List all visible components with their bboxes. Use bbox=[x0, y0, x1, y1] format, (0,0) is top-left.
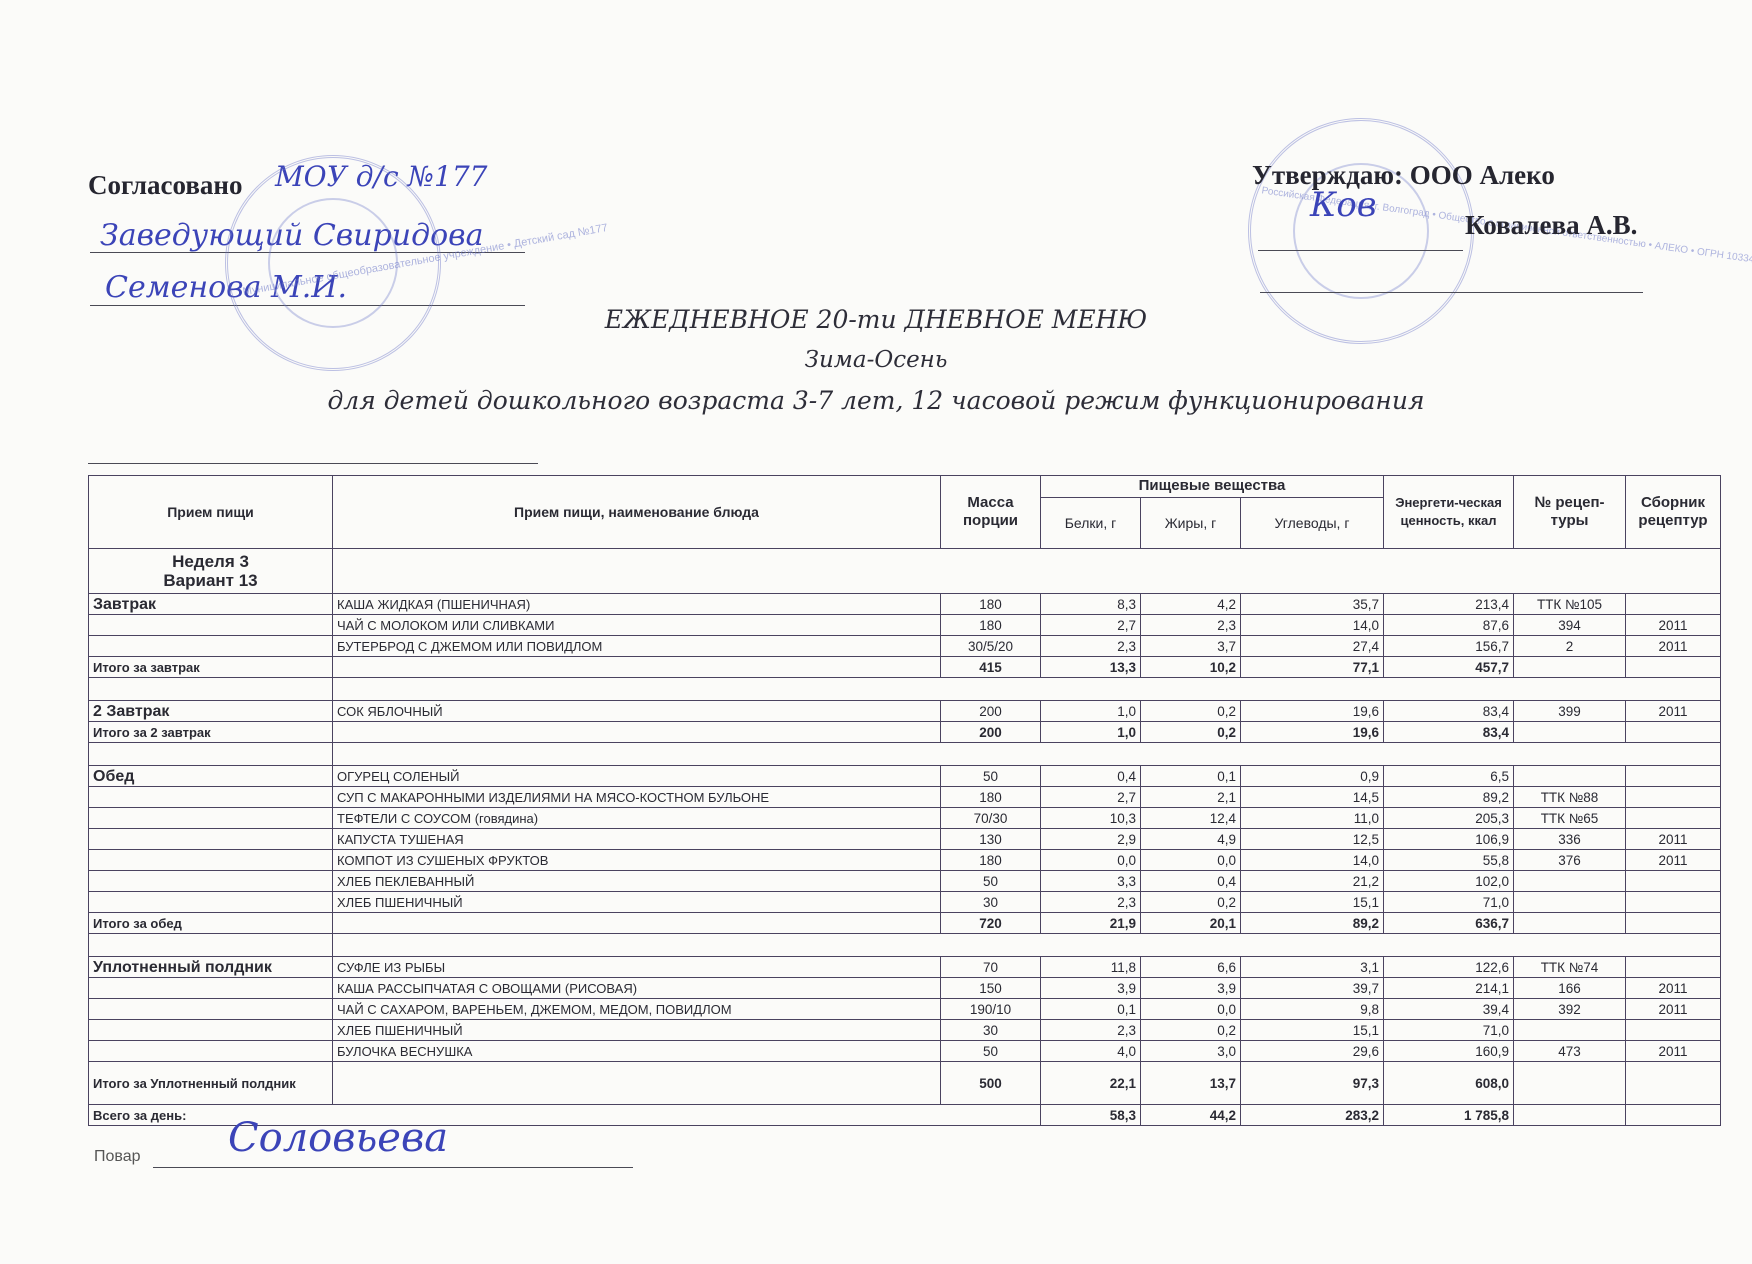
subtotal-row-breakfast: Итого за завтрак41513,310,277,1457,7 bbox=[89, 657, 1721, 678]
subtotal-label: Итого за обед bbox=[89, 913, 333, 934]
spacer-cell bbox=[333, 743, 1721, 766]
subtotal-recipe-cell bbox=[1514, 722, 1626, 743]
col-header-mass: Масса порции bbox=[941, 476, 1041, 549]
subtotal-fat: 0,2 bbox=[1141, 722, 1241, 743]
dish-name: ТЕФТЕЛИ С СОУСОМ (говядина) bbox=[333, 808, 941, 829]
spacer-cell bbox=[89, 678, 333, 701]
protein-value: 4,0 bbox=[1041, 1041, 1141, 1062]
col-header-carbs: Углеводы, г bbox=[1241, 497, 1384, 548]
table-row: КАПУСТА ТУШЕНАЯ1302,94,912,5106,93362011 bbox=[89, 829, 1721, 850]
dish-name: ОГУРЕЦ СОЛЕНЫЙ bbox=[333, 766, 941, 787]
dish-name: БУТЕРБРОД С ДЖЕМОМ ИЛИ ПОВИДЛОМ bbox=[333, 636, 941, 657]
protein-value: 3,3 bbox=[1041, 871, 1141, 892]
fat-value: 0,2 bbox=[1141, 701, 1241, 722]
portion-mass: 180 bbox=[941, 787, 1041, 808]
col-header-dish: Прием пищи, наименование блюда bbox=[333, 476, 941, 549]
dish-name: КАПУСТА ТУШЕНАЯ bbox=[333, 829, 941, 850]
carbs-value: 27,4 bbox=[1241, 636, 1384, 657]
spacer-cell bbox=[333, 934, 1721, 957]
day-total-energy: 1 785,8 bbox=[1384, 1105, 1514, 1126]
meal-label-breakfast: Завтрак bbox=[89, 594, 333, 615]
table-row: ТЕФТЕЛИ С СОУСОМ (говядина)70/3010,312,4… bbox=[89, 808, 1721, 829]
portion-mass: 180 bbox=[941, 615, 1041, 636]
meal-cell bbox=[89, 999, 333, 1020]
dish-name: ХЛЕБ ПШЕНИЧНЫЙ bbox=[333, 1020, 941, 1041]
col-header-protein: Белки, г bbox=[1041, 497, 1141, 548]
fat-value: 0,2 bbox=[1141, 1020, 1241, 1041]
recipe-collection: 2011 bbox=[1626, 850, 1721, 871]
subtotal-protein: 22,1 bbox=[1041, 1062, 1141, 1105]
carbs-value: 0,9 bbox=[1241, 766, 1384, 787]
recipe-collection bbox=[1626, 957, 1721, 978]
dish-name: СУФЛЕ ИЗ РЫБЫ bbox=[333, 957, 941, 978]
recipe-number: 2 bbox=[1514, 636, 1626, 657]
table-row: ЧАЙ С МОЛОКОМ ИЛИ СЛИВКАМИ1802,72,314,08… bbox=[89, 615, 1721, 636]
recipe-number: ТТК №105 bbox=[1514, 594, 1626, 615]
recipe-collection: 2011 bbox=[1626, 636, 1721, 657]
energy-value: 6,5 bbox=[1384, 766, 1514, 787]
meal-label-second-breakfast: 2 Завтрак bbox=[89, 701, 333, 722]
dish-name: БУЛОЧКА ВЕСНУШКА bbox=[333, 1041, 941, 1062]
recipe-collection: 2011 bbox=[1626, 829, 1721, 850]
subtotal-label: Итого за 2 завтрак bbox=[89, 722, 333, 743]
fat-value: 2,1 bbox=[1141, 787, 1241, 808]
fat-value: 0,4 bbox=[1141, 871, 1241, 892]
subtotal-collection-cell bbox=[1626, 722, 1721, 743]
meal-cell bbox=[89, 829, 333, 850]
subtotal-protein: 1,0 bbox=[1041, 722, 1141, 743]
table-row: ОбедОГУРЕЦ СОЛЕНЫЙ500,40,10,96,5 bbox=[89, 766, 1721, 787]
subtotal-mass: 200 bbox=[941, 722, 1041, 743]
subtotal-dish-cell bbox=[333, 657, 941, 678]
energy-value: 156,7 bbox=[1384, 636, 1514, 657]
subtotal-fat: 20,1 bbox=[1141, 913, 1241, 934]
recipe-collection bbox=[1626, 1020, 1721, 1041]
meal-cell bbox=[89, 892, 333, 913]
table-row: ЧАЙ С САХАРОМ, ВАРЕНЬЕМ, ДЖЕМОМ, МЕДОМ, … bbox=[89, 999, 1721, 1020]
subtotal-energy: 457,7 bbox=[1384, 657, 1514, 678]
subtotal-carbs: 77,1 bbox=[1241, 657, 1384, 678]
dish-name: ХЛЕБ ПЕКЛЕВАННЫЙ bbox=[333, 871, 941, 892]
document-season: Зима-Осень bbox=[0, 347, 1752, 373]
subtotal-mass: 720 bbox=[941, 913, 1041, 934]
protein-value: 2,9 bbox=[1041, 829, 1141, 850]
subtotal-mass: 500 bbox=[941, 1062, 1041, 1105]
portion-mass: 180 bbox=[941, 850, 1041, 871]
meal-cell bbox=[89, 636, 333, 657]
energy-value: 55,8 bbox=[1384, 850, 1514, 871]
portion-mass: 190/10 bbox=[941, 999, 1041, 1020]
spacer-cell bbox=[333, 678, 1721, 701]
portion-mass: 30/5/20 bbox=[941, 636, 1041, 657]
recipe-number bbox=[1514, 1020, 1626, 1041]
subtotal-protein: 21,9 bbox=[1041, 913, 1141, 934]
energy-value: 83,4 bbox=[1384, 701, 1514, 722]
carbs-value: 21,2 bbox=[1241, 871, 1384, 892]
recipe-number: 473 bbox=[1514, 1041, 1626, 1062]
recipe-collection: 2011 bbox=[1626, 701, 1721, 722]
fat-value: 2,3 bbox=[1141, 615, 1241, 636]
spacer-row bbox=[89, 934, 1721, 957]
table-row: БУТЕРБРОД С ДЖЕМОМ ИЛИ ПОВИДЛОМ30/5/202,… bbox=[89, 636, 1721, 657]
dish-name: КАША ЖИДКАЯ (ПШЕНИЧНАЯ) bbox=[333, 594, 941, 615]
fat-value: 6,6 bbox=[1141, 957, 1241, 978]
subtotal-recipe-cell bbox=[1514, 1062, 1626, 1105]
subtotal-fat: 13,7 bbox=[1141, 1062, 1241, 1105]
handwritten-signature-right: Ков bbox=[1310, 185, 1377, 225]
document-title: ЕЖЕДНЕВНОЕ 20-ти ДНЕВНОЕ МЕНЮ bbox=[0, 305, 1752, 334]
spacer-row bbox=[89, 743, 1721, 766]
protein-value: 8,3 bbox=[1041, 594, 1141, 615]
energy-value: 205,3 bbox=[1384, 808, 1514, 829]
approver-name: Ковалева А.В. bbox=[1465, 210, 1637, 241]
subtotal-collection-cell bbox=[1626, 1062, 1721, 1105]
meal-cell bbox=[89, 787, 333, 808]
fat-value: 0,2 bbox=[1141, 892, 1241, 913]
portion-mass: 150 bbox=[941, 978, 1041, 999]
recipe-collection bbox=[1626, 892, 1721, 913]
energy-value: 71,0 bbox=[1384, 1020, 1514, 1041]
fat-value: 0,1 bbox=[1141, 766, 1241, 787]
portion-mass: 50 bbox=[941, 1041, 1041, 1062]
subtotal-energy: 608,0 bbox=[1384, 1062, 1514, 1105]
fat-value: 12,4 bbox=[1141, 808, 1241, 829]
table-row: КОМПОТ ИЗ СУШЕНЫХ ФРУКТОВ1800,00,014,055… bbox=[89, 850, 1721, 871]
day-total-recipe-cell bbox=[1514, 1105, 1626, 1126]
carbs-value: 14,0 bbox=[1241, 850, 1384, 871]
subtotal-recipe-cell bbox=[1514, 913, 1626, 934]
col-header-nutrients: Пищевые вещества bbox=[1041, 476, 1384, 498]
subtotal-row-second-breakfast: Итого за 2 завтрак2001,00,219,683,4 bbox=[89, 722, 1721, 743]
table-row: 2 ЗавтракСОК ЯБЛОЧНЫЙ2001,00,219,683,439… bbox=[89, 701, 1721, 722]
recipe-number: ТТК №74 bbox=[1514, 957, 1626, 978]
recipe-collection: 2011 bbox=[1626, 1041, 1721, 1062]
recipe-number: 394 bbox=[1514, 615, 1626, 636]
week-variant-cell: Неделя 3 Вариант 13 bbox=[89, 549, 333, 594]
carbs-value: 14,0 bbox=[1241, 615, 1384, 636]
table-row: БУЛОЧКА ВЕСНУШКА504,03,029,6160,94732011 bbox=[89, 1041, 1721, 1062]
protein-value: 2,3 bbox=[1041, 636, 1141, 657]
subtotal-row-snack: Итого за Уплотненный полдник50022,113,79… bbox=[89, 1062, 1721, 1105]
fat-value: 4,9 bbox=[1141, 829, 1241, 850]
protein-value: 0,4 bbox=[1041, 766, 1141, 787]
protein-value: 3,9 bbox=[1041, 978, 1141, 999]
portion-mass: 200 bbox=[941, 701, 1041, 722]
carbs-value: 19,6 bbox=[1241, 701, 1384, 722]
recipe-number: ТТК №65 bbox=[1514, 808, 1626, 829]
signature-line bbox=[1258, 250, 1463, 251]
recipe-collection bbox=[1626, 808, 1721, 829]
header-rule bbox=[88, 463, 538, 464]
carbs-value: 12,5 bbox=[1241, 829, 1384, 850]
spacer-cell bbox=[89, 934, 333, 957]
energy-value: 102,0 bbox=[1384, 871, 1514, 892]
energy-value: 87,6 bbox=[1384, 615, 1514, 636]
protein-value: 11,8 bbox=[1041, 957, 1141, 978]
carbs-value: 3,1 bbox=[1241, 957, 1384, 978]
portion-mass: 30 bbox=[941, 892, 1041, 913]
protein-value: 2,3 bbox=[1041, 892, 1141, 913]
meal-cell bbox=[89, 808, 333, 829]
table-row: ХЛЕБ ПШЕНИЧНЫЙ302,30,215,171,0 bbox=[89, 1020, 1721, 1041]
recipe-collection bbox=[1626, 594, 1721, 615]
table-row: КАША РАССЫПЧАТАЯ С ОВОЩАМИ (РИСОВАЯ)1503… bbox=[89, 978, 1721, 999]
portion-mass: 70 bbox=[941, 957, 1041, 978]
variant-label: Вариант 13 bbox=[93, 571, 328, 590]
portion-mass: 50 bbox=[941, 766, 1041, 787]
protein-value: 0,0 bbox=[1041, 850, 1141, 871]
dish-name: СОК ЯБЛОЧНЫЙ bbox=[333, 701, 941, 722]
meal-cell bbox=[89, 1020, 333, 1041]
table-row: ХЛЕБ ПЕКЛЕВАННЫЙ503,30,421,2102,0 bbox=[89, 871, 1721, 892]
subtotal-label: Итого за Уплотненный полдник bbox=[89, 1062, 333, 1105]
dish-name: ЧАЙ С МОЛОКОМ ИЛИ СЛИВКАМИ bbox=[333, 615, 941, 636]
recipe-collection: 2011 bbox=[1626, 978, 1721, 999]
subtotal-label: Итого за завтрак bbox=[89, 657, 333, 678]
protein-value: 0,1 bbox=[1041, 999, 1141, 1020]
portion-mass: 130 bbox=[941, 829, 1041, 850]
meal-cell bbox=[89, 978, 333, 999]
subtotal-collection-cell bbox=[1626, 913, 1721, 934]
recipe-collection bbox=[1626, 766, 1721, 787]
table-row: ХЛЕБ ПШЕНИЧНЫЙ302,30,215,171,0 bbox=[89, 892, 1721, 913]
col-header-recipe: № рецеп-туры bbox=[1514, 476, 1626, 549]
fat-value: 3,0 bbox=[1141, 1041, 1241, 1062]
col-header-fat: Жиры, г bbox=[1141, 497, 1241, 548]
carbs-value: 39,7 bbox=[1241, 978, 1384, 999]
fat-value: 4,2 bbox=[1141, 594, 1241, 615]
protein-value: 2,7 bbox=[1041, 615, 1141, 636]
protein-value: 2,3 bbox=[1041, 1020, 1141, 1041]
meal-cell bbox=[89, 850, 333, 871]
meal-cell bbox=[89, 615, 333, 636]
recipe-number: 336 bbox=[1514, 829, 1626, 850]
menu-table: Прием пищи Прием пищи, наименование блюд… bbox=[88, 475, 1721, 1126]
dish-name: ХЛЕБ ПШЕНИЧНЫЙ bbox=[333, 892, 941, 913]
portion-mass: 70/30 bbox=[941, 808, 1041, 829]
day-total-fat: 44,2 bbox=[1141, 1105, 1241, 1126]
day-total-collection-cell bbox=[1626, 1105, 1721, 1126]
portion-mass: 50 bbox=[941, 871, 1041, 892]
portion-mass: 30 bbox=[941, 1020, 1041, 1041]
document-subtitle: для детей дошкольного возраста 3-7 лет, … bbox=[0, 386, 1752, 415]
recipe-number: 166 bbox=[1514, 978, 1626, 999]
recipe-number bbox=[1514, 871, 1626, 892]
energy-value: 39,4 bbox=[1384, 999, 1514, 1020]
energy-value: 71,0 bbox=[1384, 892, 1514, 913]
protein-value: 2,7 bbox=[1041, 787, 1141, 808]
subtotal-fat: 10,2 bbox=[1141, 657, 1241, 678]
meal-cell bbox=[89, 871, 333, 892]
carbs-value: 15,1 bbox=[1241, 892, 1384, 913]
subtotal-carbs: 97,3 bbox=[1241, 1062, 1384, 1105]
week-label: Неделя 3 bbox=[93, 552, 328, 571]
spacer-cell bbox=[89, 743, 333, 766]
subtotal-dish-cell bbox=[333, 913, 941, 934]
carbs-value: 15,1 bbox=[1241, 1020, 1384, 1041]
dish-name: СУП С МАКАРОННЫМИ ИЗДЕЛИЯМИ НА МЯСО-КОСТ… bbox=[333, 787, 941, 808]
approve-label: Утверждаю: ООО Алеко bbox=[1252, 160, 1555, 191]
dish-name: ЧАЙ С САХАРОМ, ВАРЕНЬЕМ, ДЖЕМОМ, МЕДОМ, … bbox=[333, 999, 941, 1020]
day-total-carbs: 283,2 bbox=[1241, 1105, 1384, 1126]
fat-value: 3,7 bbox=[1141, 636, 1241, 657]
recipe-number: 376 bbox=[1514, 850, 1626, 871]
day-total-protein: 58,3 bbox=[1041, 1105, 1141, 1126]
table-row: СУП С МАКАРОННЫМИ ИЗДЕЛИЯМИ НА МЯСО-КОСТ… bbox=[89, 787, 1721, 808]
protein-value: 10,3 bbox=[1041, 808, 1141, 829]
carbs-value: 9,8 bbox=[1241, 999, 1384, 1020]
cook-signature-line bbox=[153, 1167, 633, 1168]
approved-by-label: Согласовано bbox=[88, 170, 243, 201]
table-row: ЗавтракКАША ЖИДКАЯ (ПШЕНИЧНАЯ)1808,34,23… bbox=[89, 594, 1721, 615]
spacer-row bbox=[89, 678, 1721, 701]
recipe-collection bbox=[1626, 787, 1721, 808]
recipe-number: ТТК №88 bbox=[1514, 787, 1626, 808]
subtotal-collection-cell bbox=[1626, 657, 1721, 678]
carbs-value: 35,7 bbox=[1241, 594, 1384, 615]
energy-value: 160,9 bbox=[1384, 1041, 1514, 1062]
recipe-number: 399 bbox=[1514, 701, 1626, 722]
subtotal-recipe-cell bbox=[1514, 657, 1626, 678]
recipe-collection: 2011 bbox=[1626, 615, 1721, 636]
dish-name: КАША РАССЫПЧАТАЯ С ОВОЩАМИ (РИСОВАЯ) bbox=[333, 978, 941, 999]
carbs-value: 29,6 bbox=[1241, 1041, 1384, 1062]
cook-signature: Соловьева bbox=[228, 1115, 448, 1161]
portion-mass: 180 bbox=[941, 594, 1041, 615]
subtotal-row-lunch: Итого за обед72021,920,189,2636,7 bbox=[89, 913, 1721, 934]
energy-value: 122,6 bbox=[1384, 957, 1514, 978]
subtotal-energy: 83,4 bbox=[1384, 722, 1514, 743]
subtotal-mass: 415 bbox=[941, 657, 1041, 678]
fat-value: 3,9 bbox=[1141, 978, 1241, 999]
meal-cell bbox=[89, 1041, 333, 1062]
recipe-collection bbox=[1626, 871, 1721, 892]
subtotal-carbs: 89,2 bbox=[1241, 913, 1384, 934]
fat-value: 0,0 bbox=[1141, 850, 1241, 871]
recipe-number bbox=[1514, 892, 1626, 913]
energy-value: 106,9 bbox=[1384, 829, 1514, 850]
subtotal-dish-cell bbox=[333, 1062, 941, 1105]
subtotal-protein: 13,3 bbox=[1041, 657, 1141, 678]
col-header-energy: Энергети-ческая ценность, ккал bbox=[1384, 476, 1514, 549]
col-header-meal: Прием пищи bbox=[89, 476, 333, 549]
carbs-value: 11,0 bbox=[1241, 808, 1384, 829]
subtotal-dish-cell bbox=[333, 722, 941, 743]
meal-label-lunch: Обед bbox=[89, 766, 333, 787]
fat-value: 0,0 bbox=[1141, 999, 1241, 1020]
protein-value: 1,0 bbox=[1041, 701, 1141, 722]
recipe-number bbox=[1514, 766, 1626, 787]
meal-label-snack: Уплотненный полдник bbox=[89, 957, 333, 978]
subtotal-carbs: 19,6 bbox=[1241, 722, 1384, 743]
recipe-number: 392 bbox=[1514, 999, 1626, 1020]
cook-label: Повар bbox=[94, 1148, 141, 1166]
left-stamp: Муниципальное общеобразовательное учрежд… bbox=[225, 155, 441, 371]
energy-value: 214,1 bbox=[1384, 978, 1514, 999]
table-row: Уплотненный полдникСУФЛЕ ИЗ РЫБЫ7011,86,… bbox=[89, 957, 1721, 978]
carbs-value: 14,5 bbox=[1241, 787, 1384, 808]
signature-line bbox=[1260, 292, 1643, 293]
dish-name: КОМПОТ ИЗ СУШЕНЫХ ФРУКТОВ bbox=[333, 850, 941, 871]
recipe-collection: 2011 bbox=[1626, 999, 1721, 1020]
energy-value: 213,4 bbox=[1384, 594, 1514, 615]
col-header-collection: Сборник рецептур bbox=[1626, 476, 1721, 549]
subtotal-energy: 636,7 bbox=[1384, 913, 1514, 934]
energy-value: 89,2 bbox=[1384, 787, 1514, 808]
